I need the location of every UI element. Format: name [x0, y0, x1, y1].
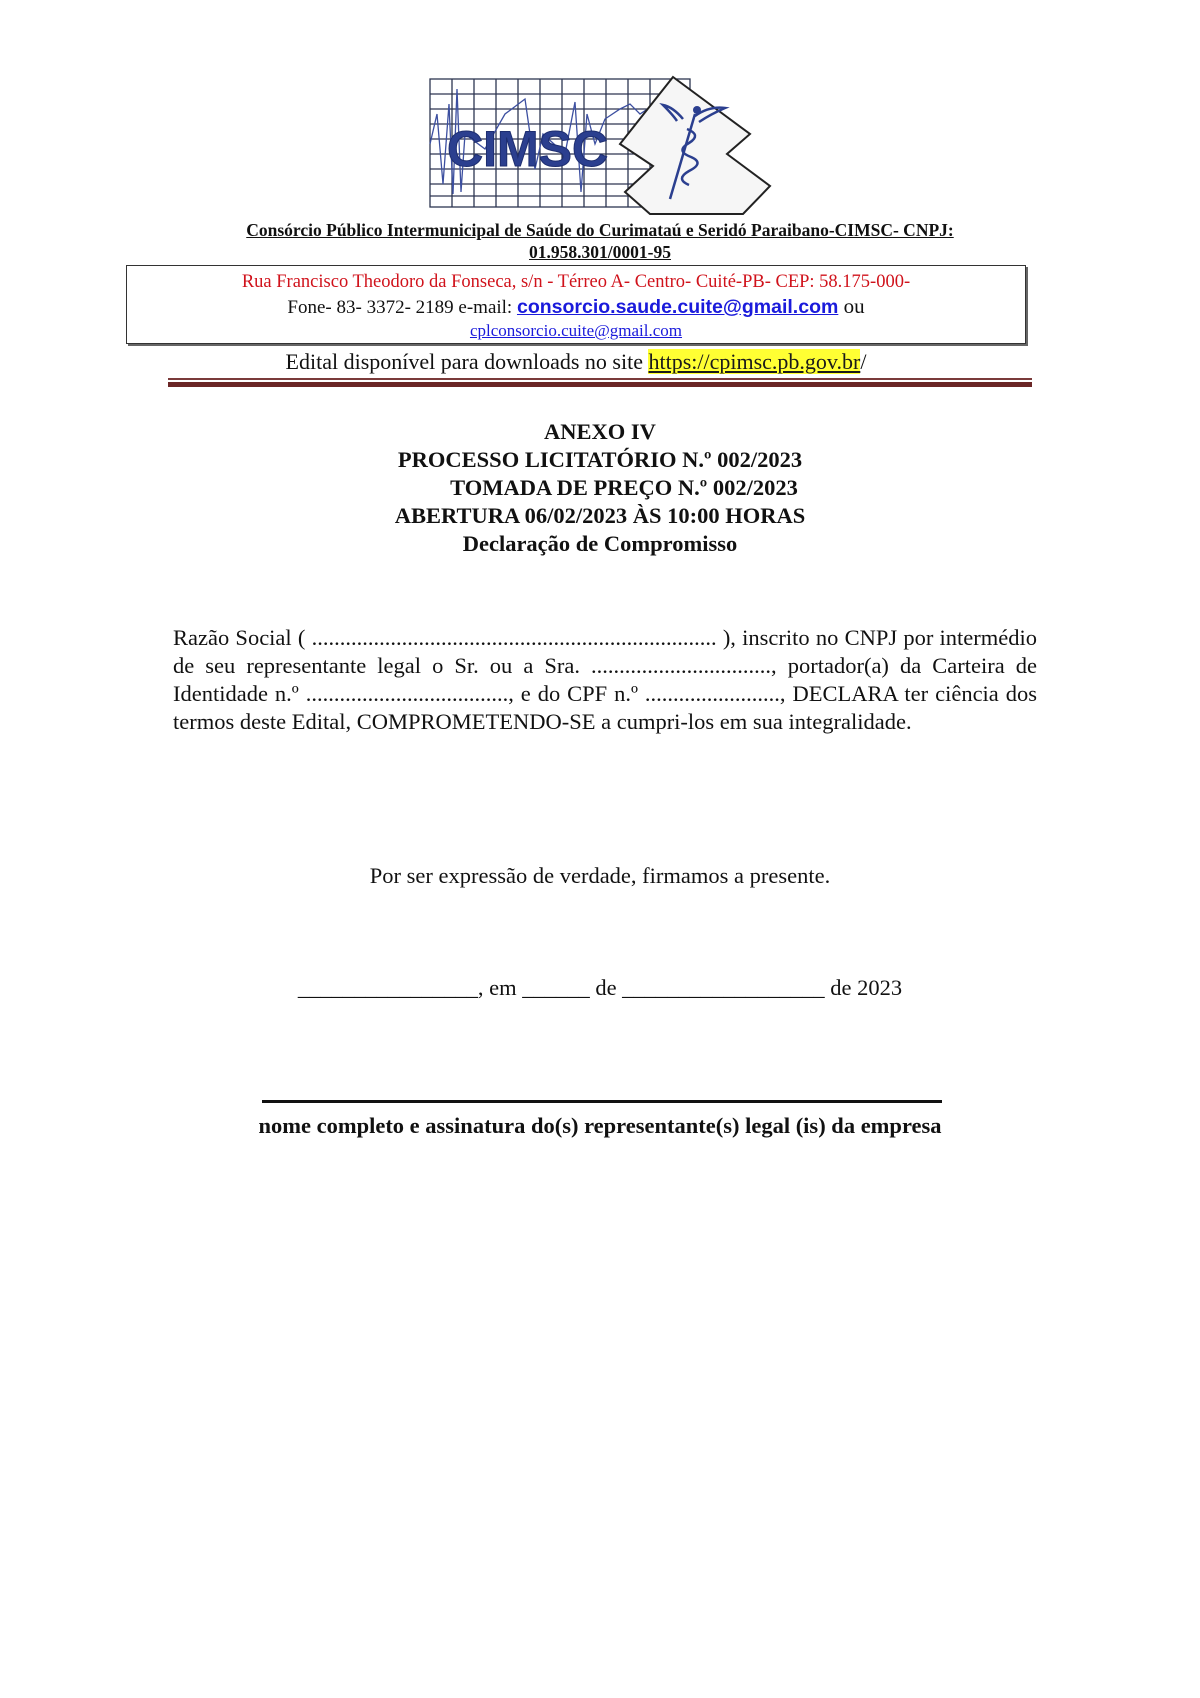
- email-secondary-link[interactable]: cplconsorcio.cuite@gmail.com: [470, 321, 682, 341]
- edital-download-line: Edital disponível para downloads no site…: [126, 348, 1026, 376]
- process-number: PROCESSO LICITATÓRIO N.º 002/2023: [300, 446, 900, 474]
- phone-email-line: Fone- 83- 3372- 2189 e-mail: consorcio.s…: [127, 293, 1025, 321]
- declaration-title: Declaração de Compromisso: [300, 530, 900, 558]
- opening-date: ABERTURA 06/02/2023 ÀS 10:00 HORAS: [300, 502, 900, 530]
- signature-line: [262, 1100, 942, 1103]
- edital-site-link[interactable]: https://cpimsc.pb.gov.br: [648, 349, 860, 374]
- address: Rua Francisco Theodoro da Fonseca, s/n -…: [127, 271, 1025, 293]
- organization-title: Consórcio Público Intermunicipal de Saúd…: [150, 219, 1050, 263]
- org-name: Consórcio Público Intermunicipal de Saúd…: [150, 219, 1050, 241]
- signature-label: nome completo e assinatura do(s) represe…: [150, 1112, 1050, 1140]
- header-divider-thin: [168, 378, 1032, 380]
- annex-title: ANEXO IV: [300, 418, 900, 446]
- svg-text:CIMSC: CIMSC: [447, 121, 608, 177]
- tomada-preco: TOMADA DE PREÇO N.º 002/2023: [300, 474, 900, 502]
- declaration-paragraph: Razão Social ( .........................…: [173, 624, 1037, 736]
- contact-box: Rua Francisco Theodoro da Fonseca, s/n -…: [126, 265, 1026, 344]
- closing-statement: Por ser expressão de verdade, firmamos a…: [150, 862, 1050, 890]
- phone: Fone- 83- 3372- 2189 e-mail:: [287, 297, 517, 318]
- cimsc-logo: CIMSC: [425, 74, 785, 220]
- date-place-line: ________________, em ______ de _________…: [150, 974, 1050, 1002]
- or-text: ou: [838, 294, 864, 318]
- org-cnpj: 01.958.301/0001-95: [150, 241, 1050, 263]
- document-heading: ANEXO IV PROCESSO LICITATÓRIO N.º 002/20…: [300, 418, 900, 558]
- email-primary-link[interactable]: consorcio.saude.cuite@gmail.com: [517, 296, 838, 318]
- header-divider-thick: [168, 382, 1032, 387]
- edital-text: Edital disponível para downloads no site: [286, 349, 649, 374]
- edital-suffix: /: [860, 349, 866, 374]
